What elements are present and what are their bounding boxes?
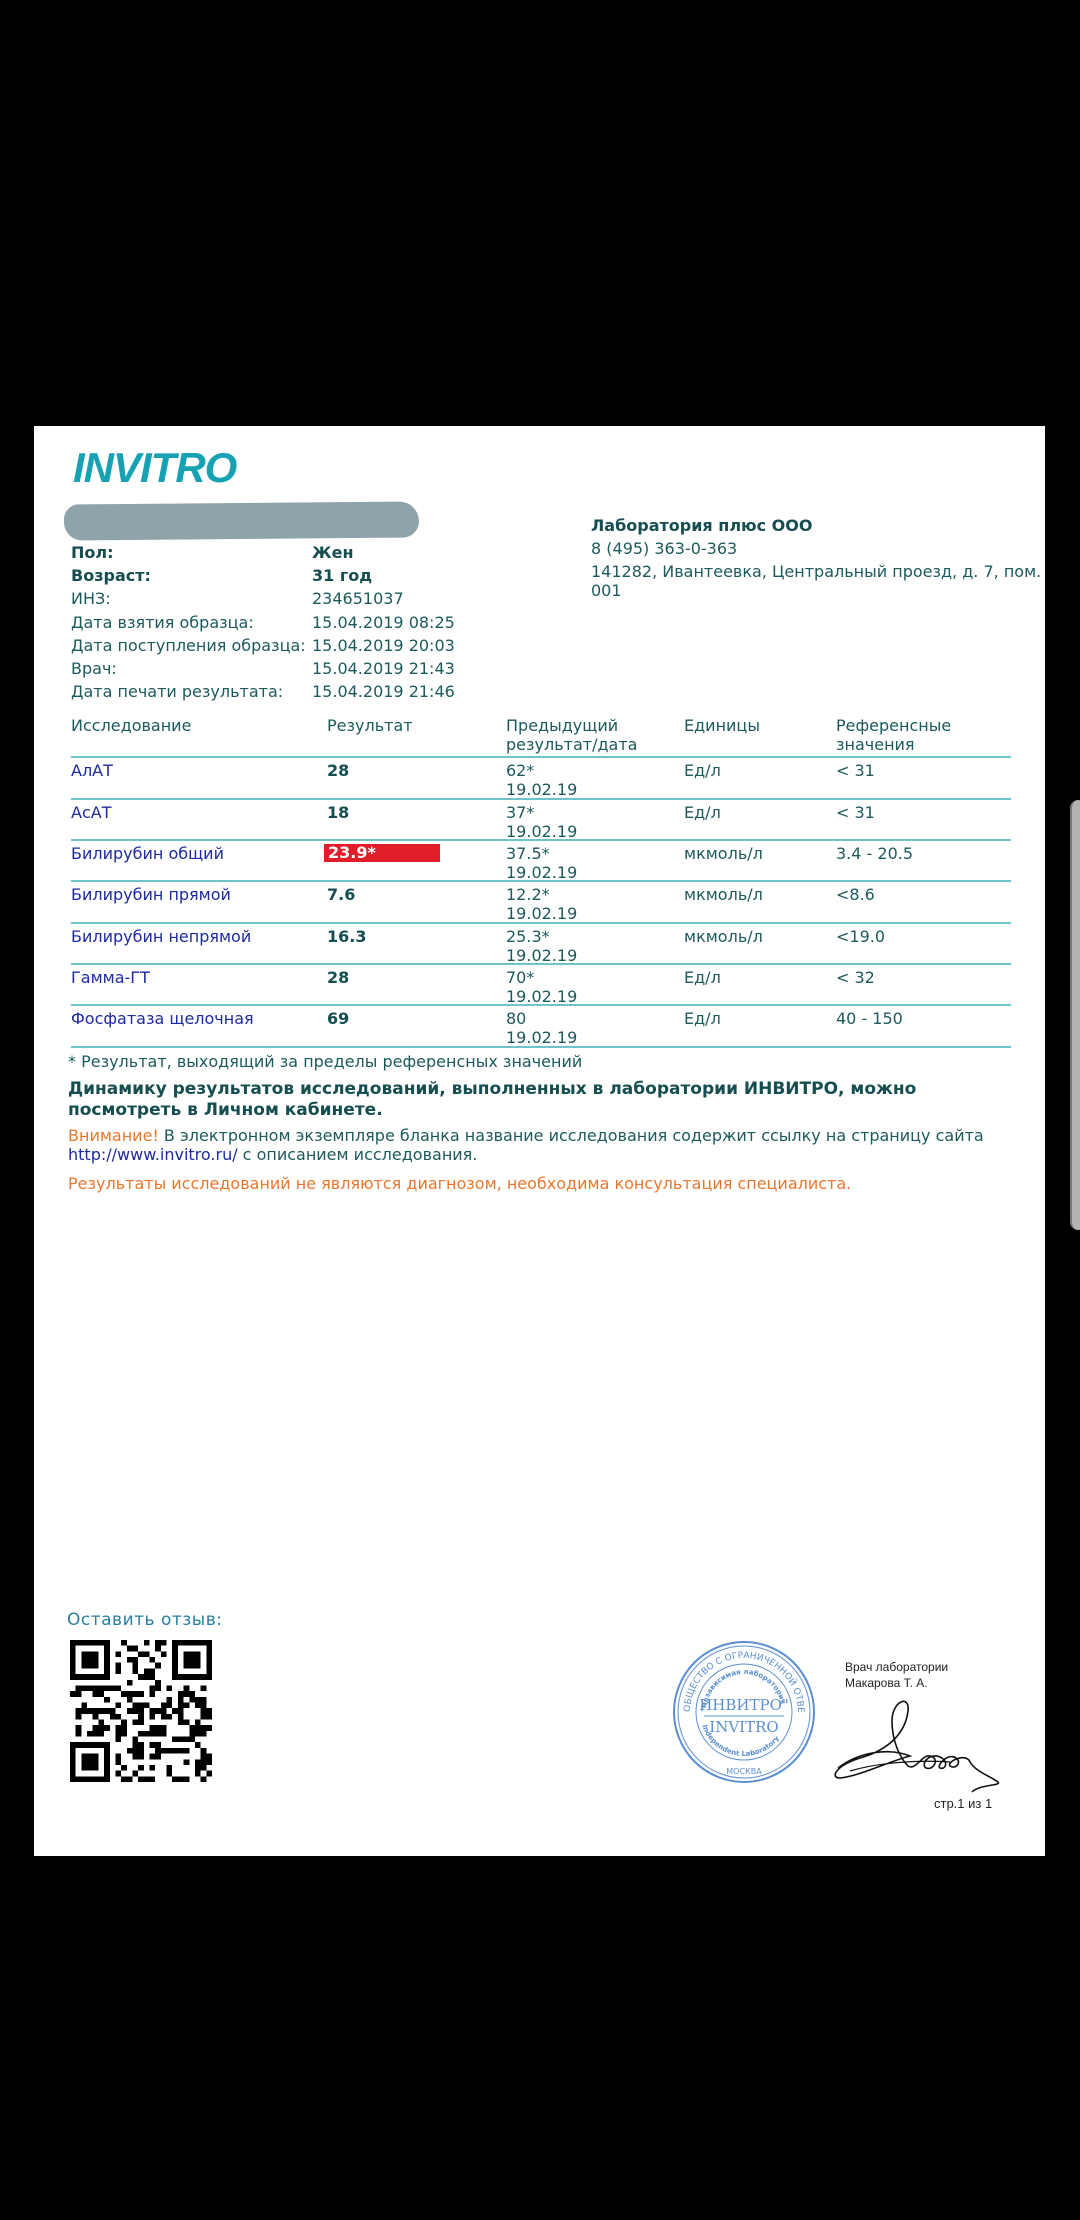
test-name-link[interactable]: Билирубин общий (71, 844, 224, 863)
reference-range: < 31 (836, 761, 875, 780)
header-units: Единицы (684, 716, 760, 735)
patient-field-value: 15.04.2019 21:46 (312, 682, 455, 701)
previous-date: 19.02.19 (506, 946, 577, 965)
footnote: * Результат, выходящий за пределы рефере… (68, 1052, 582, 1071)
patient-field-label: ИНЗ: (71, 589, 111, 608)
units: мкмоль/л (684, 885, 763, 904)
previous-value: 37* (506, 803, 577, 822)
reference-range: 40 - 150 (836, 1009, 903, 1028)
units: Ед/л (684, 968, 721, 987)
reference-range: 3.4 - 20.5 (836, 844, 913, 863)
previous-value: 25.3* (506, 927, 577, 946)
result-value: 28 (327, 968, 349, 987)
units: Ед/л (684, 761, 721, 780)
previous-result: 62*19.02.19 (506, 761, 577, 799)
patient-field-label: Пол: (71, 543, 114, 562)
previous-date: 19.02.19 (506, 863, 577, 882)
test-name-link[interactable]: Билирубин прямой (71, 885, 231, 904)
previous-result: 25.3*19.02.19 (506, 927, 577, 965)
patient-field-value: 15.04.2019 08:25 (312, 613, 455, 632)
test-name-link[interactable]: АлАТ (71, 761, 113, 780)
review-label: Оставить отзыв: (67, 1610, 222, 1630)
previous-value: 37.5* (506, 844, 577, 863)
doctor-name: Макарова Т. А. (845, 1676, 928, 1690)
previous-result: 37*19.02.19 (506, 803, 577, 841)
result-value: 18 (327, 803, 349, 822)
units: Ед/л (684, 803, 721, 822)
page-number: стр.1 из 1 (934, 1796, 992, 1811)
result-value: 23.9* (324, 844, 440, 862)
previous-value: 70* (506, 968, 577, 987)
patient-field-value: 15.04.2019 21:43 (312, 659, 455, 678)
previous-result: 70*19.02.19 (506, 968, 577, 1006)
site-link-line: http://www.invitro.ru/ с описанием иссле… (68, 1145, 477, 1164)
patient-field-value: 15.04.2019 20:03 (312, 636, 455, 655)
lab-stamp: ОБЩЕСТВО С ОГРАНИЧЕННОЙ ОТВЕТСТВЕННОСТЬЮ… (670, 1638, 818, 1786)
previous-date: 19.02.19 (506, 822, 577, 841)
lab-report-page: INVITRO Пол:ЖенВозраст:31 годИНЗ:2346510… (34, 426, 1045, 1856)
lab-address-line1: 141282, Ивантеевка, Центральный проезд, … (591, 562, 1041, 581)
previous-date: 19.02.19 (506, 780, 577, 799)
disclaimer: Результаты исследований не являются диаг… (68, 1174, 851, 1193)
svg-text:МОСКВА: МОСКВА (726, 1767, 762, 1776)
previous-result: 8019.02.19 (506, 1009, 577, 1047)
doctor-signature (830, 1696, 1010, 1796)
patient-field-label: Врач: (71, 659, 117, 678)
units: мкмоль/л (684, 844, 763, 863)
previous-value: 80 (506, 1009, 577, 1028)
reference-range: < 31 (836, 803, 875, 822)
lab-name: Лаборатория плюс ООО (591, 516, 812, 535)
units: мкмоль/л (684, 927, 763, 946)
patient-field-label: Возраст: (71, 566, 151, 585)
result-value: 69 (327, 1009, 349, 1028)
previous-result: 37.5*19.02.19 (506, 844, 577, 882)
header-reference: Референсные значения (836, 716, 951, 754)
result-value: 7.6 (327, 885, 355, 904)
reference-range: < 32 (836, 968, 875, 987)
redacted-patient-name (64, 501, 419, 540)
attention-note: Внимание! В электронном экземпляре бланк… (68, 1126, 984, 1145)
svg-text:ИНВИТРО": ИНВИТРО" (699, 1696, 789, 1714)
patient-field-label: Дата взятия образца: (71, 613, 254, 632)
header-result: Результат (327, 716, 413, 735)
scrollbar-thumb[interactable] (1070, 800, 1080, 1230)
header-test: Исследование (71, 716, 191, 735)
units: Ед/л (684, 1009, 721, 1028)
table-divider (71, 756, 1011, 758)
previous-value: 12.2* (506, 885, 577, 904)
previous-result: 12.2*19.02.19 (506, 885, 577, 923)
lab-phone: 8 (495) 363-0-363 (591, 539, 737, 558)
doctor-title: Врач лаборатории (845, 1660, 948, 1674)
patient-field-value: Жен (312, 543, 354, 562)
result-value: 28 (327, 761, 349, 780)
test-name-link[interactable]: Гамма-ГТ (71, 968, 150, 987)
patient-field-label: Дата печати результата: (71, 682, 283, 701)
dynamics-note: Динамику результатов исследований, выпол… (68, 1079, 1008, 1121)
previous-date: 19.02.19 (506, 987, 577, 1006)
patient-field-value: 31 год (312, 566, 372, 585)
qr-code[interactable] (70, 1640, 212, 1782)
previous-date: 19.02.19 (506, 1028, 577, 1047)
svg-text:INVITRO: INVITRO (709, 1718, 778, 1736)
reference-range: <19.0 (836, 927, 885, 946)
invitro-logo: INVITRO (73, 444, 236, 492)
previous-date: 19.02.19 (506, 904, 577, 923)
lab-address-line2: 001 (591, 581, 622, 600)
invitro-link[interactable]: http://www.invitro.ru/ (68, 1145, 238, 1164)
attention-label: Внимание! (68, 1126, 159, 1145)
test-name-link[interactable]: Фосфатаза щелочная (71, 1009, 254, 1028)
patient-field-value: 234651037 (312, 589, 404, 608)
reference-range: <8.6 (836, 885, 875, 904)
result-value: 16.3 (327, 927, 366, 946)
header-previous: Предыдущий результат/дата (506, 716, 637, 754)
test-name-link[interactable]: Билирубин непрямой (71, 927, 251, 946)
test-name-link[interactable]: АсАТ (71, 803, 111, 822)
patient-field-label: Дата поступления образца: (71, 636, 306, 655)
previous-value: 62* (506, 761, 577, 780)
